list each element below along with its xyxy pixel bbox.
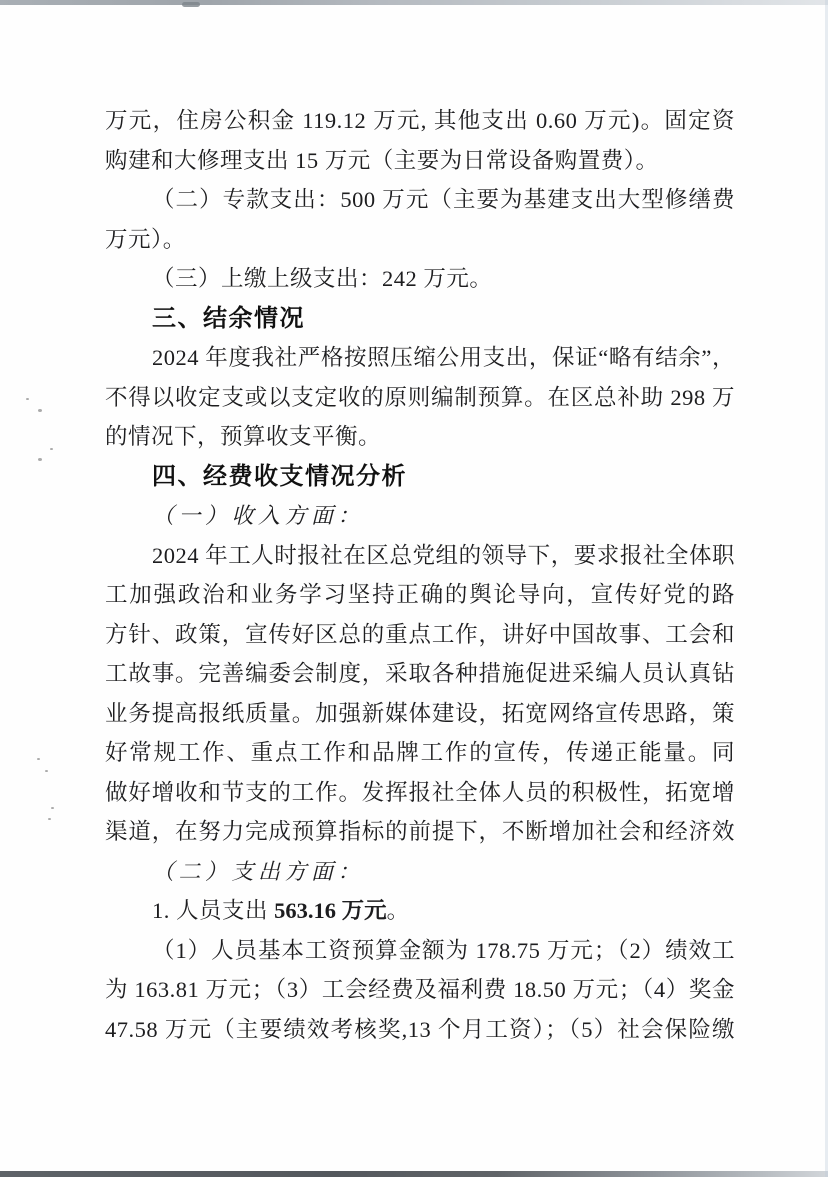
scan-edge-bottom [0,1171,828,1177]
personnel-expense-line: 1. 人员支出 563.16 万元。 [105,891,735,931]
scanned-document-page: 万元，住房公积金 119.12 万元, 其他支出 0.60 万元)。固定资产 购… [0,0,828,1177]
text-line: 的情况下，预算收支平衡。 [105,417,735,457]
document-body: 万元，住房公积金 119.12 万元, 其他支出 0.60 万元)。固定资产 购… [105,101,735,1049]
scan-speckle [37,758,40,760]
text-line: 万元，住房公积金 119.12 万元, 其他支出 0.60 万元)。固定资产 [105,101,735,141]
scan-speckle [50,448,53,450]
text-line: 2024 年工人时报社在区总党组的领导下，要求报社全体职 [105,536,735,576]
scan-smudge [182,2,200,7]
scan-speckle [38,409,42,412]
text-line: 购建和大修理支出 15 万元（主要为日常设备购置费）。 [105,141,735,181]
text-line: 47.58 万元（主要绩效考核奖,13 个月工资）；（5）社会保险缴费 [105,1010,735,1050]
text-line: 工加强政治和业务学习坚持正确的舆论导向，宣传好党的路线、 [105,575,735,615]
text-line: 为 163.81 万元；（3）工会经费及福利费 18.50 万元；（4）奖金 [105,970,735,1010]
subheading-expense: （二）支出方面： [105,852,735,892]
scan-speckle [38,458,42,461]
scan-speckle [51,807,54,809]
scan-speckle [26,398,29,400]
text-line: 工故事。完善编委会制度，采取各种措施促进采编人员认真钻研 [105,654,735,694]
text-line: 渠道，在努力完成预算指标的前提下，不断增加社会和经济效益。 [105,812,735,852]
text-line: （二）专款支出：500 万元（主要为基建支出大型修缮费 500 [105,180,735,220]
personnel-expense-prefix: 1. 人员支出 [152,898,274,923]
text-line: 方针、政策，宣传好区总的重点工作，讲好中国故事、工会和职 [105,615,735,655]
scan-speckle [48,818,51,820]
subheading-income: （一）收入方面： [105,496,735,536]
text-line: （1）人员基本工资预算金额为 178.75 万元；（2）绩效工资 [105,931,735,971]
text-line: 业务提高报纸质量。加强新媒体建设，拓宽网络宣传思路，策划 [105,694,735,734]
text-line: 2024 年度我社严格按照压缩公用支出，保证“略有结余”， [105,338,735,378]
personnel-expense-suffix: 。 [387,898,410,923]
scan-edge-top [0,0,828,5]
text-line: 做好增收和节支的工作。发挥报社全体人员的积极性，拓宽增收 [105,773,735,813]
text-line: 万元）。 [105,220,735,260]
text-line: （三）上缴上级支出：242 万元。 [105,259,735,299]
text-line: 不得以收定支或以支定收的原则编制预算。在区总补助 298 万元 [105,378,735,418]
section-heading-balance: 三、结余情况 [105,299,735,339]
section-heading-analysis: 四、经费收支情况分析 [105,457,735,497]
text-line: 好常规工作、重点工作和品牌工作的宣传，传递正能量。同时， [105,733,735,773]
personnel-expense-amount: 563.16 万元 [274,898,387,923]
scan-speckle [45,770,48,772]
